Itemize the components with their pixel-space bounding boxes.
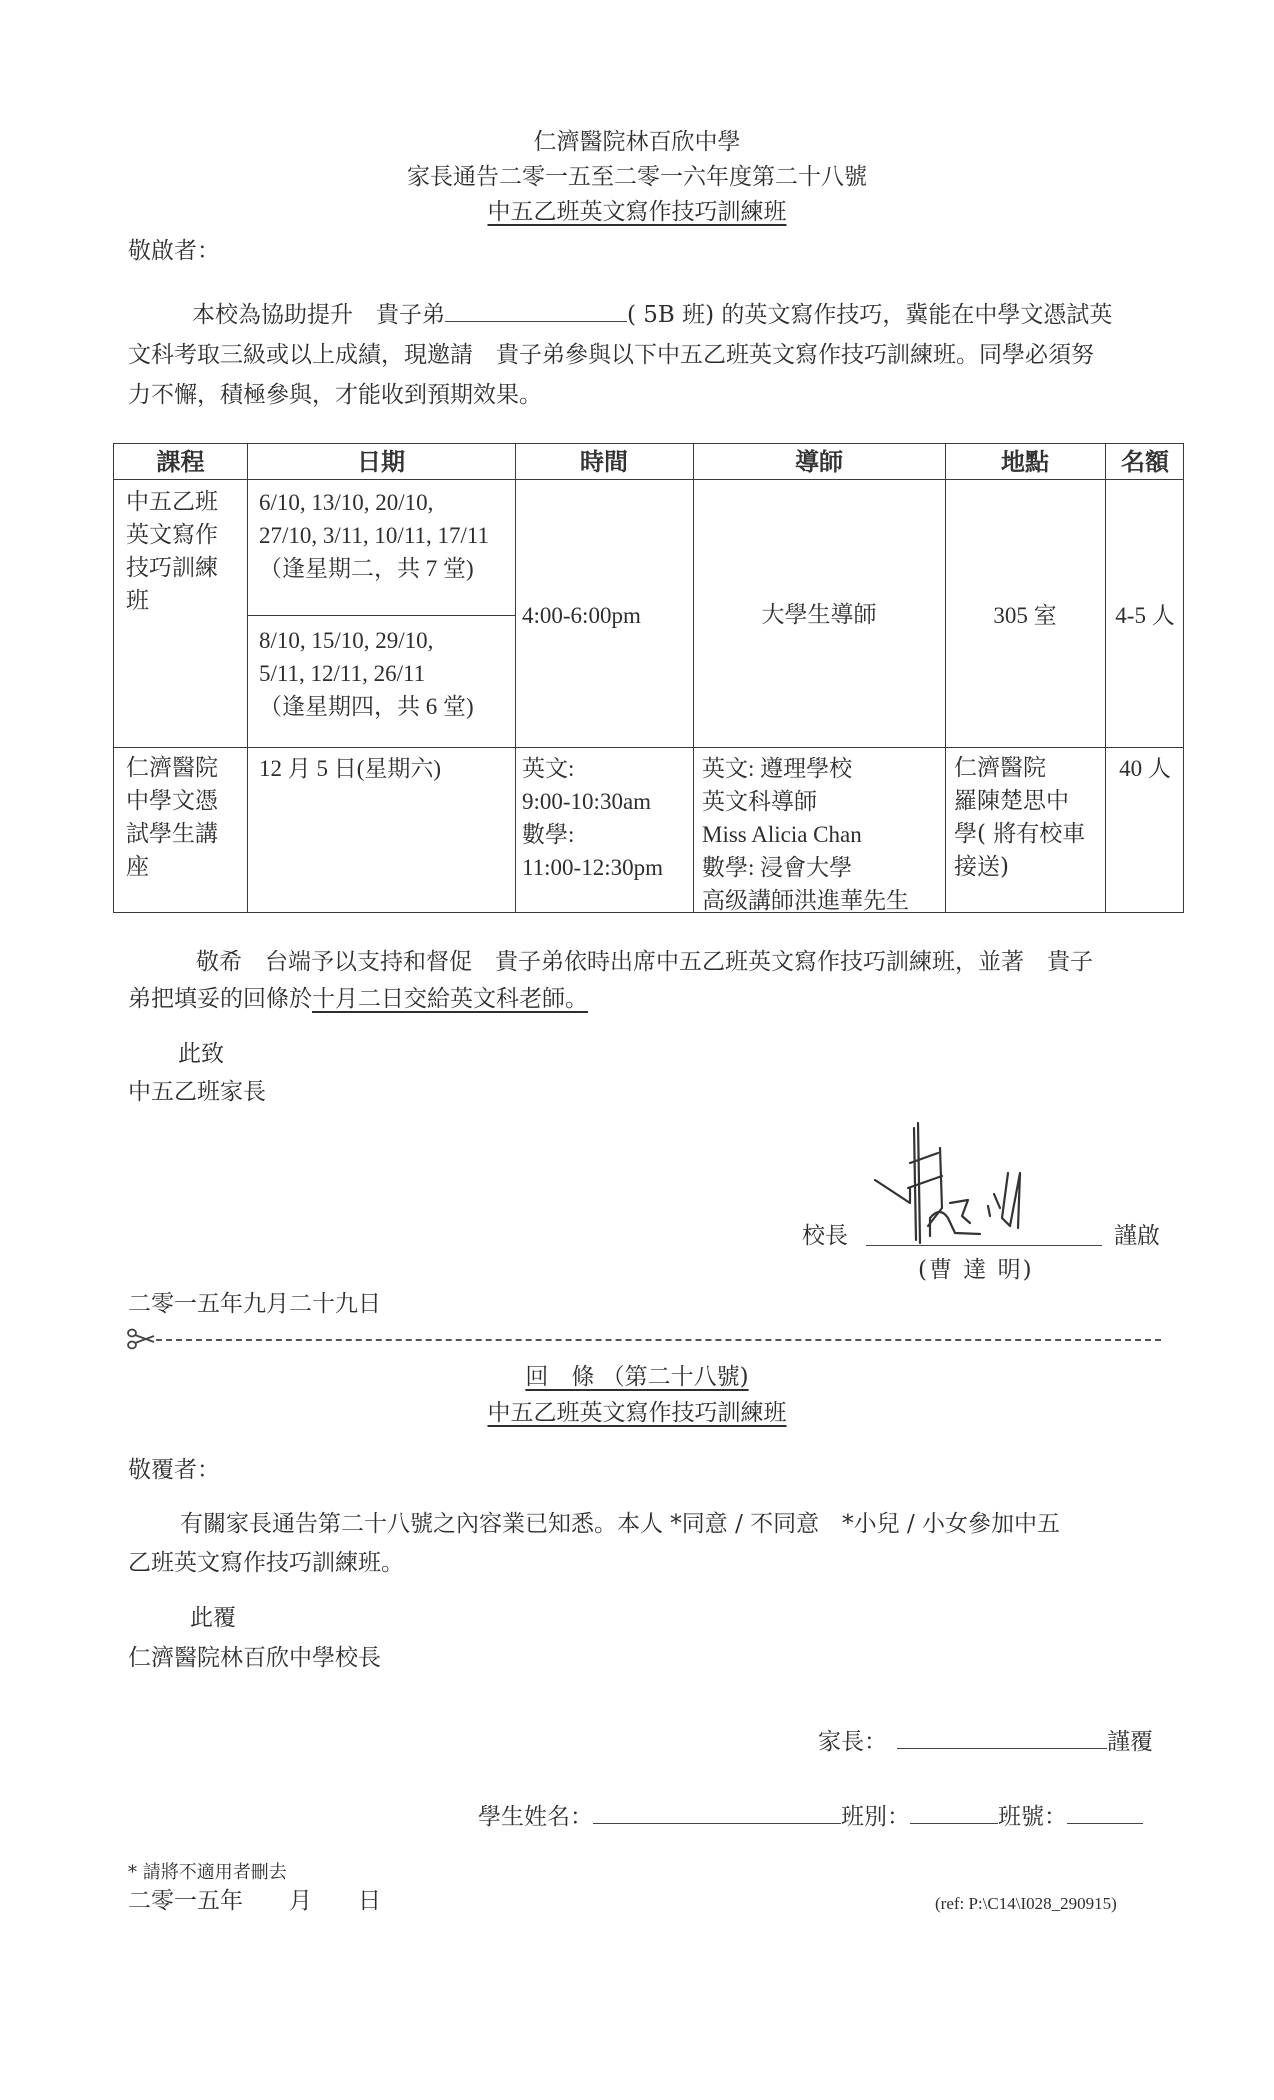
header-course: 課程 [114, 444, 247, 479]
row2-quota: 40 人 [1105, 752, 1185, 785]
notice-subject: 中五乙班英文寫作技巧訓練班 [488, 199, 787, 225]
reply-date: 二零一五年 月 日 [128, 1890, 381, 1913]
return-deadline: 十月二日交給英文科老師。 [312, 986, 588, 1012]
venue-line: 仁濟醫院 [954, 752, 1085, 785]
signature-suffix: 謹啟 [1114, 1225, 1160, 1248]
student-info-row: 學生姓名：班別：班號： [478, 1806, 1143, 1829]
notice-number: 家長通告二零一五至二零一六年度第二十八號 [0, 166, 1274, 189]
tutor-line: 英文: 遵理學校 [702, 752, 909, 785]
date-line: 8/10, 15/10, 29/10, [259, 624, 474, 657]
parent-signature-field[interactable] [897, 1747, 1107, 1749]
reply-regards: 此覆 [190, 1607, 236, 1630]
reference-code: (ref: P:\C14\I028_290915) [935, 1894, 1117, 1914]
closing-recipient: 中五乙班家長 [128, 1081, 266, 1104]
header-time: 時間 [515, 444, 693, 479]
reply-salutation: 敬覆者： [128, 1459, 220, 1482]
col-divider [1105, 444, 1106, 912]
notice-subject-wrap: 中五乙班英文寫作技巧訓練班 [0, 201, 1274, 224]
date-line: （逢星期四，共 6 堂) [259, 690, 474, 723]
reply-line-2: 乙班英文寫作技巧訓練班。 [128, 1552, 404, 1575]
row1-tutor: 大學生導師 [693, 599, 945, 632]
header-quota: 名額 [1105, 444, 1185, 479]
date-subdivider [247, 615, 515, 616]
row1-quota: 4-5 人 [1105, 599, 1185, 632]
venue-line: 學( 將有校車 [954, 818, 1085, 851]
header-date: 日期 [247, 444, 515, 479]
date-line: 27/10, 3/11, 10/11, 17/11 [259, 519, 489, 552]
col-divider [515, 444, 516, 912]
time-line: 9:00-10:30am [522, 785, 663, 818]
signature-mark-icon [870, 1118, 1110, 1248]
tutor-line: 英文科導師 [702, 785, 909, 818]
course-table: 課程 日期 時間 導師 地點 名額 中五乙班 英文寫作 技巧訓練 班 6/10,… [113, 443, 1184, 913]
row-divider [114, 747, 1183, 748]
class-no-field[interactable] [1067, 1822, 1143, 1824]
course-line: 英文寫作 [126, 519, 218, 552]
issue-date: 二零一五年九月二十九日 [128, 1293, 381, 1316]
course-line: 班 [126, 585, 218, 618]
parent-label: 家長： [818, 1729, 887, 1755]
class-field[interactable] [910, 1822, 998, 1824]
principal-name: (曹 達 明) [918, 1259, 1034, 1282]
course-line: 技巧訓練 [126, 552, 218, 585]
date-line: （逢星期二，共 7 堂) [259, 552, 489, 585]
col-divider [247, 444, 248, 912]
row1-dates-thursday: 8/10, 15/10, 29/10, 5/11, 12/11, 26/11 （… [259, 624, 474, 723]
intro-line-3: 力不懈，積極參與，才能收到預期效果。 [128, 384, 542, 407]
intro-line-1b: ( 5B 班) 的英文寫作技巧，冀能在中學文憑試英 [627, 302, 1112, 328]
closing-line-1: 敬希 台端予以支持和督促 貴子弟依時出席中五乙班英文寫作技巧訓練班，並著 貴子 [196, 951, 1093, 974]
intro-line-1a: 本校為協助提升 貴子弟 [192, 302, 445, 328]
closing-line-2: 弟把填妥的回條於十月二日交給英文科老師。 [128, 988, 588, 1011]
cut-line [156, 1339, 1161, 1341]
reply-subject: 中五乙班英文寫作技巧訓練班 [488, 1400, 787, 1426]
class-no-label: 班號： [998, 1804, 1067, 1830]
student-name-label: 學生姓名： [478, 1804, 593, 1830]
venue-line: 羅陳楚思中 [954, 785, 1085, 818]
student-name-field[interactable] [593, 1822, 841, 1824]
class-label: 班別： [841, 1804, 910, 1830]
time-line: 數學: [522, 818, 663, 851]
scissors-icon [126, 1328, 156, 1350]
closing-regards: 此致 [178, 1043, 224, 1066]
closing-line-2a: 弟把填妥的回條於 [128, 986, 312, 1012]
course-line: 仁濟醫院 [126, 752, 218, 785]
course-line: 中學文憑 [126, 785, 218, 818]
time-line: 英文: [522, 752, 663, 785]
row1-time: 4:00-6:00pm [522, 599, 641, 632]
salutation: 敬啟者： [128, 240, 220, 263]
reply-line-1: 有關家長通告第二十八號之內容業已知悉。本人 *同意 / 不同意 *小兒 / 小女… [180, 1513, 1060, 1536]
reply-subject-wrap: 中五乙班英文寫作技巧訓練班 [0, 1402, 1274, 1425]
row2-course: 仁濟醫院 中學文憑 試學生講 座 [126, 752, 218, 884]
row2-venue: 仁濟醫院 羅陳楚思中 學( 將有校車 接送) [954, 752, 1085, 884]
course-line: 試學生講 [126, 818, 218, 851]
tutor-line: Miss Alicia Chan [702, 818, 909, 851]
row2-time: 英文: 9:00-10:30am 數學: 11:00-12:30pm [522, 752, 663, 884]
date-line: 5/11, 12/11, 26/11 [259, 657, 474, 690]
footnote: * 請將不適用者刪去 [128, 1858, 287, 1884]
school-name: 仁濟醫院林百欣中學 [0, 131, 1274, 154]
header-divider [114, 479, 1183, 480]
parent-suffix: 謹覆 [1107, 1729, 1153, 1755]
reply-title-wrap: 回 條 （第二十八號) [0, 1366, 1274, 1389]
time-line: 11:00-12:30pm [522, 851, 663, 884]
col-divider [693, 444, 694, 912]
course-line: 座 [126, 851, 218, 884]
header-venue: 地點 [945, 444, 1105, 479]
row2-date: 12 月 5 日(星期六) [259, 752, 441, 785]
intro-line-2: 文科考取三級或以上成績，現邀請 貴子弟參與以下中五乙班英文寫作技巧訓練班。同學必… [128, 344, 1094, 367]
principal-label: 校長 [802, 1225, 848, 1248]
tutor-line: 數學: 浸會大學 [702, 851, 909, 884]
student-name-blank[interactable] [445, 320, 627, 322]
venue-line: 接送) [954, 851, 1085, 884]
row2-tutor: 英文: 遵理學校 英文科導師 Miss Alicia Chan 數學: 浸會大學… [702, 752, 909, 917]
course-line: 中五乙班 [126, 486, 218, 519]
date-line: 6/10, 13/10, 20/10, [259, 486, 489, 519]
col-divider [945, 444, 946, 912]
reply-recipient: 仁濟醫院林百欣中學校長 [128, 1647, 381, 1670]
row1-venue: 305 室 [945, 599, 1105, 632]
intro-line-1: 本校為協助提升 貴子弟( 5B 班) 的英文寫作技巧，冀能在中學文憑試英 [192, 304, 1112, 327]
header-tutor: 導師 [693, 444, 945, 479]
reply-title: 回 條 （第二十八號) [525, 1364, 748, 1390]
row1-dates-tuesday: 6/10, 13/10, 20/10, 27/10, 3/11, 10/11, … [259, 486, 489, 585]
tutor-line: 高级講師洪進華先生 [702, 884, 909, 917]
parent-signature-row: 家長：謹覆 [818, 1731, 1153, 1754]
row1-course: 中五乙班 英文寫作 技巧訓練 班 [126, 486, 218, 618]
